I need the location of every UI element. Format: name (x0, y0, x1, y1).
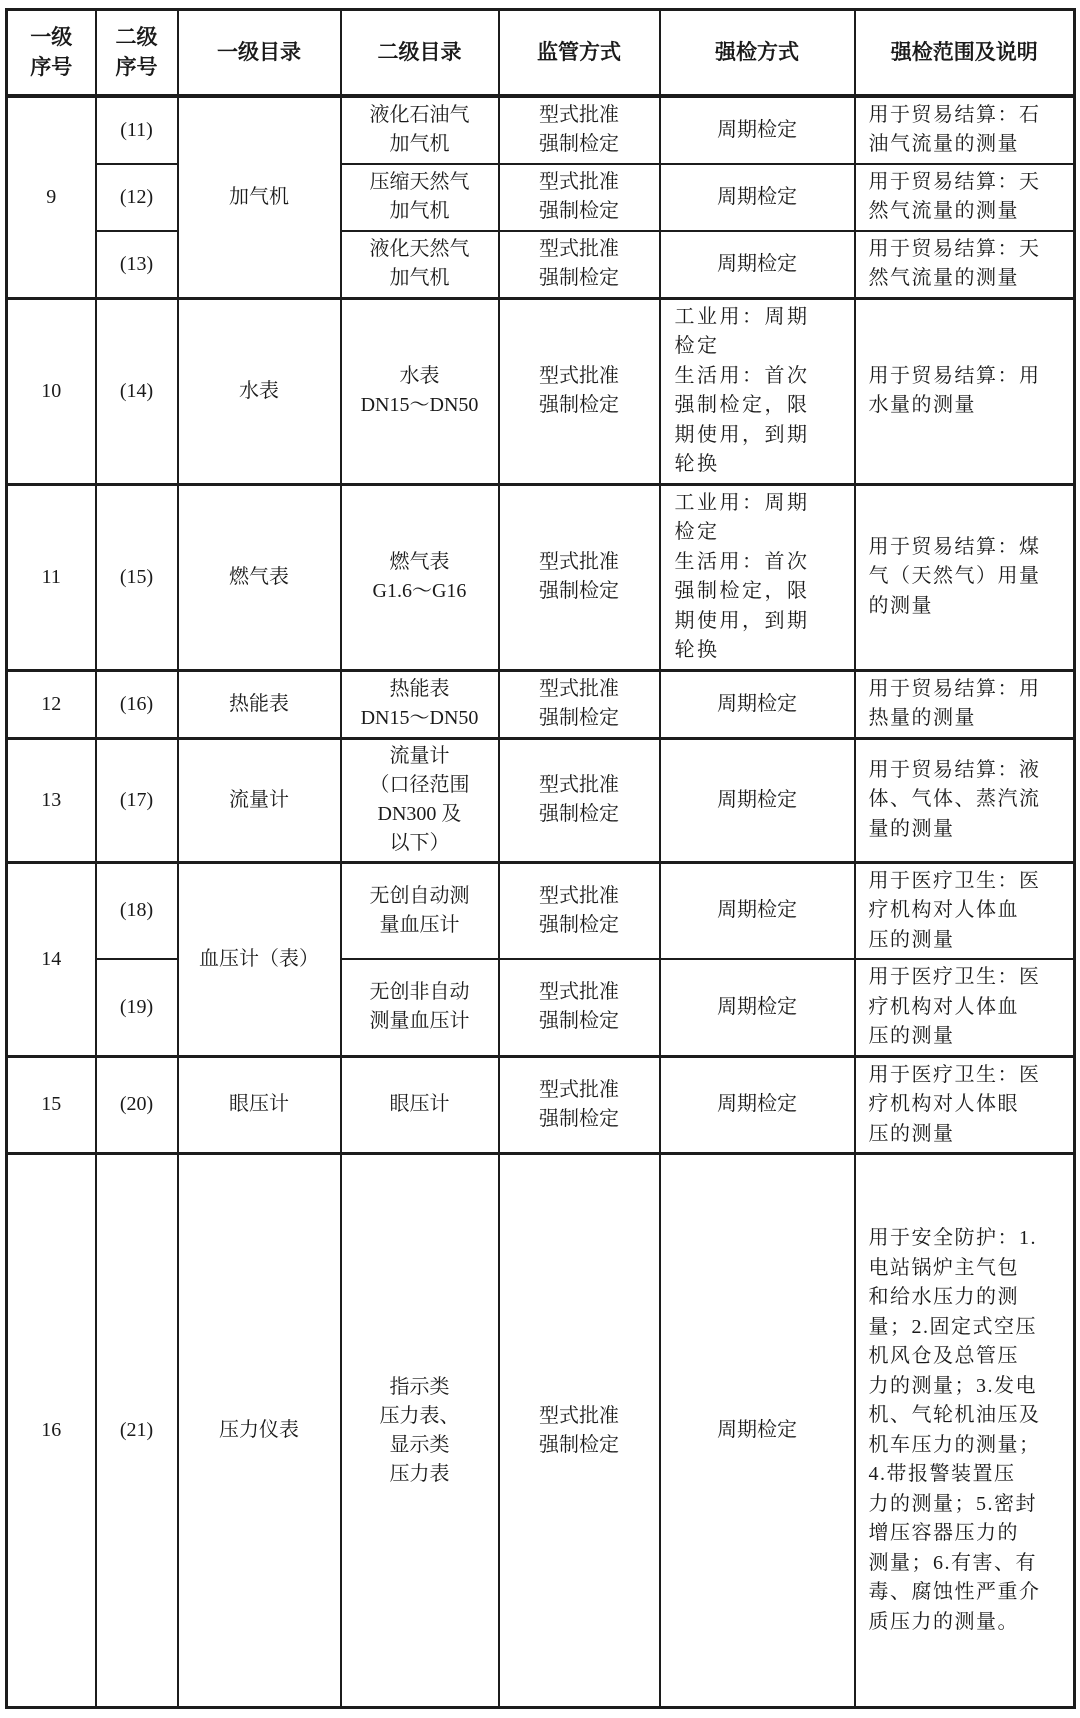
cell-inspection-mode: 周期检定 (660, 738, 855, 862)
cell-inspection-scope: 用于贸易结算：天 然气流量的测量 (855, 231, 1075, 299)
cell-supervision-mode: 型式批准 强制检定 (499, 1154, 660, 1708)
table-row: 11 (15) 燃气表 燃气表 G1.6～G16 型式批准 强制检定 工业用：周… (7, 484, 1075, 670)
cell-level2-no: (17) (96, 738, 178, 862)
cell-inspection-mode: 周期检定 (660, 862, 855, 959)
cell-supervision-mode: 型式批准 强制检定 (499, 738, 660, 862)
cell-inspection-mode: 周期检定 (660, 164, 855, 231)
cell-level2-no: (11) (96, 96, 178, 164)
cell-inspection-scope: 用于贸易结算：石 油气流量的测量 (855, 96, 1075, 164)
table-row: 13 (17) 流量计 流量计 （口径范围 DN300 及 以下） 型式批准 强… (7, 738, 1075, 862)
cell-level2-no: (13) (96, 231, 178, 299)
cell-level1-no: 12 (7, 670, 96, 738)
cell-inspection-mode: 周期检定 (660, 1154, 855, 1708)
inspection-catalog-table: 一级 序号 二级 序号 一级目录 二级目录 监管方式 强检方式 强检范围及说明 … (5, 8, 1076, 1709)
cell-inspection-mode: 周期检定 (660, 231, 855, 299)
cell-supervision-mode: 型式批准 强制检定 (499, 96, 660, 164)
cell-level1-catalog: 热能表 (178, 670, 341, 738)
cell-supervision-mode: 型式批准 强制检定 (499, 484, 660, 670)
document-page: 一级 序号 二级 序号 一级目录 二级目录 监管方式 强检方式 强检范围及说明 … (0, 0, 1080, 1718)
col-header-level2-catalog: 二级目录 (341, 10, 499, 96)
table-header-row: 一级 序号 二级 序号 一级目录 二级目录 监管方式 强检方式 强检范围及说明 (7, 10, 1075, 96)
cell-level1-no: 14 (7, 862, 96, 1056)
cell-inspection-scope: 用于贸易结算：用 热量的测量 (855, 670, 1075, 738)
cell-level1-no: 10 (7, 298, 96, 484)
cell-inspection-scope: 用于医疗卫生：医 疗机构对人体血 压的测量 (855, 862, 1075, 959)
cell-level2-catalog: 热能表 DN15～DN50 (341, 670, 499, 738)
cell-inspection-mode: 工业用：周期 检定 生活用：首次 强制检定，限 期使用，到期 轮换 (660, 484, 855, 670)
cell-inspection-scope: 用于贸易结算：煤 气（天然气）用量 的测量 (855, 484, 1075, 670)
cell-inspection-scope: 用于贸易结算：用 水量的测量 (855, 298, 1075, 484)
table-row: 9 (11) 加气机 液化石油气 加气机 型式批准 强制检定 周期检定 用于贸易… (7, 96, 1075, 164)
col-header-level1-catalog: 一级目录 (178, 10, 341, 96)
table-row: 10 (14) 水表 水表 DN15～DN50 型式批准 强制检定 工业用：周期… (7, 298, 1075, 484)
cell-inspection-scope: 用于贸易结算：天 然气流量的测量 (855, 164, 1075, 231)
cell-supervision-mode: 型式批准 强制检定 (499, 164, 660, 231)
cell-level2-no: (14) (96, 298, 178, 484)
cell-level1-no: 15 (7, 1056, 96, 1154)
cell-level1-no: 11 (7, 484, 96, 670)
cell-level1-catalog: 燃气表 (178, 484, 341, 670)
cell-inspection-mode: 周期检定 (660, 670, 855, 738)
cell-inspection-mode: 周期检定 (660, 1056, 855, 1154)
cell-level2-catalog: 流量计 （口径范围 DN300 及 以下） (341, 738, 499, 862)
cell-inspection-mode: 周期检定 (660, 959, 855, 1056)
cell-level2-catalog: 无创自动测 量血压计 (341, 862, 499, 959)
col-header-level2-no: 二级 序号 (96, 10, 178, 96)
cell-level2-no: (18) (96, 862, 178, 959)
cell-level2-catalog: 液化天然气 加气机 (341, 231, 499, 299)
table-row: 14 (18) 血压计（表） 无创自动测 量血压计 型式批准 强制检定 周期检定… (7, 862, 1075, 959)
cell-level2-no: (12) (96, 164, 178, 231)
cell-level2-catalog: 眼压计 (341, 1056, 499, 1154)
col-header-inspection-scope: 强检范围及说明 (855, 10, 1075, 96)
cell-inspection-scope: 用于医疗卫生：医 疗机构对人体血 压的测量 (855, 959, 1075, 1056)
cell-level2-no: (16) (96, 670, 178, 738)
cell-level2-no: (15) (96, 484, 178, 670)
cell-level2-catalog: 无创非自动 测量血压计 (341, 959, 499, 1056)
cell-level1-catalog: 压力仪表 (178, 1154, 341, 1708)
cell-inspection-mode: 工业用：周期 检定 生活用：首次 强制检定，限 期使用，到期 轮换 (660, 298, 855, 484)
col-header-supervision-mode: 监管方式 (499, 10, 660, 96)
cell-level1-catalog: 水表 (178, 298, 341, 484)
cell-inspection-mode: 周期检定 (660, 96, 855, 164)
table-row: 15 (20) 眼压计 眼压计 型式批准 强制检定 周期检定 用于医疗卫生：医 … (7, 1056, 1075, 1154)
cell-level1-catalog: 流量计 (178, 738, 341, 862)
cell-supervision-mode: 型式批准 强制检定 (499, 670, 660, 738)
cell-inspection-scope: 用于医疗卫生：医 疗机构对人体眼 压的测量 (855, 1056, 1075, 1154)
cell-supervision-mode: 型式批准 强制检定 (499, 959, 660, 1056)
cell-level2-catalog: 燃气表 G1.6～G16 (341, 484, 499, 670)
table-row: 12 (16) 热能表 热能表 DN15～DN50 型式批准 强制检定 周期检定… (7, 670, 1075, 738)
cell-level2-catalog: 水表 DN15～DN50 (341, 298, 499, 484)
cell-level1-catalog: 眼压计 (178, 1056, 341, 1154)
cell-level1-no: 16 (7, 1154, 96, 1708)
cell-supervision-mode: 型式批准 强制检定 (499, 862, 660, 959)
table-row: (13) 液化天然气 加气机 型式批准 强制检定 周期检定 用于贸易结算：天 然… (7, 231, 1075, 299)
cell-level2-no: (20) (96, 1056, 178, 1154)
table-row: 16 (21) 压力仪表 指示类 压力表、 显示类 压力表 型式批准 强制检定 … (7, 1154, 1075, 1708)
col-header-level1-no: 一级 序号 (7, 10, 96, 96)
cell-supervision-mode: 型式批准 强制检定 (499, 1056, 660, 1154)
cell-level1-catalog: 加气机 (178, 96, 341, 299)
col-header-inspection-mode: 强检方式 (660, 10, 855, 96)
cell-inspection-scope: 用于贸易结算：液 体、气体、蒸汽流 量的测量 (855, 738, 1075, 862)
cell-level1-catalog: 血压计（表） (178, 862, 341, 1056)
cell-supervision-mode: 型式批准 强制检定 (499, 231, 660, 299)
cell-level2-catalog: 压缩天然气 加气机 (341, 164, 499, 231)
cell-level2-no: (21) (96, 1154, 178, 1708)
cell-level1-no: 13 (7, 738, 96, 862)
cell-level2-catalog: 液化石油气 加气机 (341, 96, 499, 164)
cell-level2-no: (19) (96, 959, 178, 1056)
cell-level1-no: 9 (7, 96, 96, 299)
cell-level2-catalog: 指示类 压力表、 显示类 压力表 (341, 1154, 499, 1708)
cell-supervision-mode: 型式批准 强制检定 (499, 298, 660, 484)
table-row: (12) 压缩天然气 加气机 型式批准 强制检定 周期检定 用于贸易结算：天 然… (7, 164, 1075, 231)
table-row: (19) 无创非自动 测量血压计 型式批准 强制检定 周期检定 用于医疗卫生：医… (7, 959, 1075, 1056)
cell-inspection-scope: 用于安全防护：1. 电站锅炉主气包 和给水压力的测 量；2.固定式空压 机风仓及… (855, 1154, 1075, 1708)
